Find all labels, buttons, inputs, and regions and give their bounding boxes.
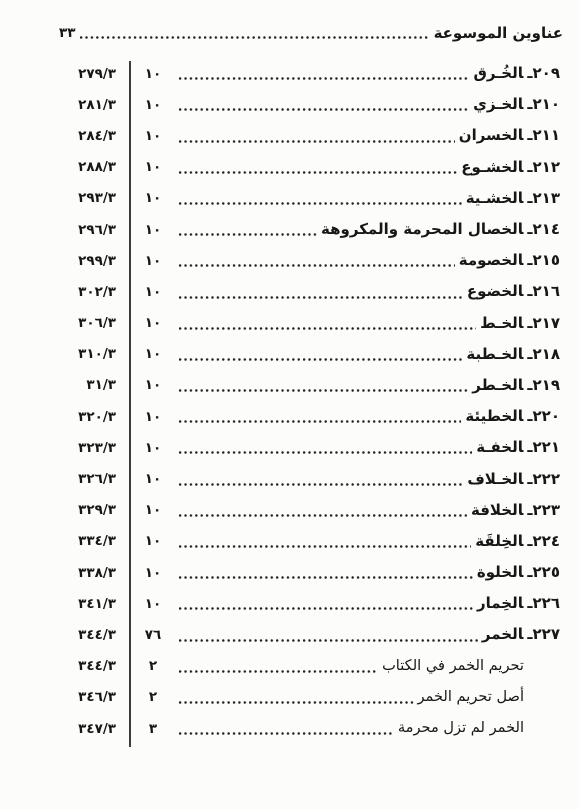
entry-number: ٢١١ـ: [527, 126, 560, 144]
entry-number: ٢٢٤ـ: [527, 532, 560, 550]
toc-page: عناوين الموسوعة ٣٣ ٢٠٩ـالخُـرق ١٠ ٢٧٩/٣ …: [0, 0, 580, 809]
toc-row: ٢١١ـالخسران ١٠ ٢٨٤/٣: [0, 120, 580, 151]
toc-row: ٢٢٦ـالخِمار ١٠ ٣٤١/٣: [0, 588, 580, 619]
header-title: عناوين الموسوعة: [434, 24, 563, 43]
entry-line-count: ١٠: [131, 284, 175, 300]
dot-leader: [179, 77, 469, 80]
dot-leader: [179, 202, 462, 205]
entry-page-ref: ٣٢٣/٣: [55, 440, 131, 456]
entry-line-count: ١٠: [131, 377, 175, 393]
entry-line-count: ٢: [131, 689, 175, 705]
entry-page-ref: ٣٤٤/٣: [55, 658, 131, 674]
entry-title: الخـزي: [473, 95, 523, 113]
dot-leader: [179, 389, 468, 392]
entry-title-cell: ٢٠٩ـالخُـرق: [473, 66, 560, 81]
page-header: عناوين الموسوعة ٣٣: [0, 16, 580, 43]
entry-title: الخصومة: [459, 251, 524, 269]
entry-number: ٢١٣ـ: [527, 189, 560, 207]
entry-line-count: ٧٦: [131, 627, 175, 643]
dot-leader: [179, 670, 378, 673]
entry-number: ٢١٠ـ: [527, 95, 560, 113]
toc-row: ٢١٣ـالخشـية ١٠ ٢٩٣/٣: [0, 183, 580, 214]
toc-row: ٢٢٥ـالخلوة ١٠ ٣٣٨/٣: [0, 557, 580, 588]
entry-line-count: ١٠: [131, 346, 175, 362]
entry-title-cell: ٢٢٤ـالخِلقَة: [475, 534, 560, 549]
entry-number: ٢١٨ـ: [527, 345, 560, 363]
entry-line-count: ١٠: [131, 128, 175, 144]
dot-leader: [179, 296, 463, 299]
toc-row: ٢١٩ـالخـطر ١٠ ٣١/٣: [0, 370, 580, 401]
entry-number: ٢٢٠ـ: [527, 407, 560, 425]
entry-title: الخلافة: [471, 501, 523, 519]
entry-line-count: ١٠: [131, 66, 175, 82]
dot-leader: [179, 483, 463, 486]
entry-title-cell: ٢١٥ـالخصومة: [459, 253, 560, 268]
entry-page-ref: ٢٩٩/٣: [55, 253, 131, 269]
entry-page-ref: ٣٤٤/٣: [55, 627, 131, 643]
entry-title-cell: ٢١١ـالخسران: [459, 128, 560, 143]
entry-title: الخلوة: [477, 563, 523, 581]
entry-title-cell: ٢٢٠ـالخطيئة: [465, 409, 560, 424]
entry-title-cell: ٢٢٧ـالخمر: [482, 627, 560, 642]
entry-page-ref: ٣٠٦/٣: [55, 315, 131, 331]
entry-title-cell: ٢٢٦ـالخِمار: [477, 596, 560, 611]
entry-number: ٢٢٢ـ: [527, 470, 560, 488]
entry-page-ref: ٢٨٤/٣: [55, 128, 131, 144]
entry-title: الخِلقَة: [475, 532, 523, 550]
toc-list: ٢٠٩ـالخُـرق ١٠ ٢٧٩/٣ ٢١٠ـالخـزي ١٠ ٢٨١/٣…: [0, 58, 580, 744]
toc-row: ٢١٨ـالخـطبة ١٠ ٣١٠/٣: [0, 339, 580, 370]
toc-row: ٢١٠ـالخـزي ١٠ ٢٨١/٣: [0, 89, 580, 120]
entry-title-cell: أصل تحريم الخمر: [418, 690, 525, 705]
entry-number: ٢٢٦ـ: [527, 594, 560, 612]
dot-leader: [179, 701, 414, 704]
entry-page-ref: ٣٤٦/٣: [55, 689, 131, 705]
dot-leader: [179, 732, 394, 735]
dot-leader: [179, 639, 478, 642]
entry-page-ref: ٢٨١/٣: [55, 97, 131, 113]
entry-number: ٢١٤ـ: [527, 220, 560, 238]
entry-line-count: ٢: [131, 658, 175, 674]
entry-title-cell: ٢١٦ـالخضوع: [467, 284, 560, 299]
entry-title: الخشـوع: [461, 158, 523, 176]
entry-title-cell: ٢١٣ـالخشـية: [466, 191, 560, 206]
entry-number: ٢٢٥ـ: [527, 563, 560, 581]
entry-title: الخضوع: [467, 282, 524, 300]
entry-line-count: ١٠: [131, 409, 175, 425]
entry-title-cell: ٢٢٣ـالخلافة: [471, 503, 560, 518]
entry-line-count: ١٠: [131, 596, 175, 612]
dot-leader: [179, 607, 473, 610]
entry-page-ref: ٣١/٣: [55, 377, 131, 393]
header-dot-leader: [80, 36, 428, 39]
entry-title-cell: ٢١٠ـالخـزي: [473, 97, 560, 112]
entry-page-ref: ٣٤١/٣: [55, 596, 131, 612]
entry-title: الخفـة: [476, 438, 523, 456]
entry-title: الخطيئة: [465, 407, 523, 425]
entry-title: الخمر: [482, 625, 523, 643]
entry-line-count: ١٠: [131, 97, 175, 113]
entry-title: تحريم الخمر في الكتاب: [382, 657, 524, 674]
entry-number: ٢١٧ـ: [527, 314, 560, 332]
dot-leader: [179, 264, 455, 267]
entry-title-cell: ٢٢٥ـالخلوة: [477, 565, 560, 580]
entry-page-ref: ٣٢٩/٣: [55, 502, 131, 518]
entry-line-count: ١٠: [131, 533, 175, 549]
entry-number: ٢٠٩ـ: [527, 64, 560, 82]
toc-row: ٢٢٠ـالخطيئة ١٠ ٣٢٠/٣: [0, 401, 580, 432]
dot-leader: [179, 576, 473, 579]
entry-title: الخـطبة: [466, 345, 523, 363]
entry-title: الخصال المحرمة والمكروهة: [321, 220, 523, 238]
entry-title: أصل تحريم الخمر: [418, 688, 525, 705]
toc-row: ٢١٥ـالخصومة ١٠ ٢٩٩/٣: [0, 245, 580, 276]
entry-line-count: ١٠: [131, 315, 175, 331]
toc-row: ٢١٤ـالخصال المحرمة والمكروهة ١٠ ٢٩٦/٣: [0, 214, 580, 245]
entry-title: الخـلاف: [467, 470, 523, 488]
entry-title-cell: ٢١٧ـالخـط: [480, 316, 560, 331]
entry-title-cell: الخمر لم تزل محرمة: [398, 721, 524, 736]
entry-title-cell: ٢٢١ـالخفـة: [476, 440, 560, 455]
toc-row: ٢٢٢ـالخـلاف ١٠ ٣٢٦/٣: [0, 463, 580, 494]
entry-number: ٢١٥ـ: [527, 251, 560, 269]
entry-title-cell: ٢١٩ـالخـطر: [472, 378, 560, 393]
entry-line-count: ١٠: [131, 190, 175, 206]
entry-page-ref: ٢٩٦/٣: [55, 222, 131, 238]
entry-page-ref: ٢٨٨/٣: [55, 159, 131, 175]
entry-page-ref: ٣٣٤/٣: [55, 533, 131, 549]
dot-leader: [179, 420, 461, 423]
header-page-number: ٣٣: [57, 25, 75, 43]
toc-row: تحريم الخمر في الكتاب ٢ ٣٤٤/٣: [0, 651, 580, 682]
toc-row: ٢٢١ـالخفـة ١٠ ٣٢٣/٣: [0, 432, 580, 463]
entry-number: ٢١٦ـ: [527, 282, 560, 300]
entry-page-ref: ٣٢٦/٣: [55, 471, 131, 487]
entry-title-cell: ٢١٢ـالخشـوع: [461, 160, 560, 175]
entry-title: الخمر لم تزل محرمة: [398, 719, 524, 736]
toc-row: ٢٠٩ـالخُـرق ١٠ ٢٧٩/٣: [0, 58, 580, 89]
toc-row: ٢٢٣ـالخلافة ١٠ ٣٢٩/٣: [0, 495, 580, 526]
entry-page-ref: ٣١٠/٣: [55, 346, 131, 362]
dot-leader: [179, 327, 476, 330]
entry-line-count: ١٠: [131, 565, 175, 581]
entry-title: الخـط: [480, 314, 523, 332]
dot-leader: [179, 358, 462, 361]
dot-leader: [179, 514, 467, 517]
toc-row: ٢١٢ـالخشـوع ١٠ ٢٨٨/٣: [0, 152, 580, 183]
entry-line-count: ١٠: [131, 222, 175, 238]
entry-title: الخِمار: [477, 594, 523, 612]
entry-number: ٢٢٧ـ: [527, 625, 560, 643]
dot-leader: [179, 545, 471, 548]
entry-title: الخسران: [459, 126, 524, 144]
toc-row: الخمر لم تزل محرمة ٣ ٣٤٧/٣: [0, 713, 580, 744]
entry-number: ٢١٢ـ: [527, 158, 560, 176]
entry-page-ref: ٢٩٣/٣: [55, 190, 131, 206]
entry-page-ref: ٣٤٧/٣: [55, 721, 131, 737]
entry-page-ref: ٣٣٨/٣: [55, 565, 131, 581]
entry-title-cell: تحريم الخمر في الكتاب: [382, 659, 524, 674]
toc-row: ٢١٦ـالخضوع ١٠ ٣٠٢/٣: [0, 276, 580, 307]
dot-leader: [179, 233, 317, 236]
entry-number: ٢١٩ـ: [527, 376, 560, 394]
entry-line-count: ١٠: [131, 159, 175, 175]
entry-line-count: ١٠: [131, 253, 175, 269]
entry-page-ref: ٣٠٢/٣: [55, 284, 131, 300]
entry-line-count: ١٠: [131, 471, 175, 487]
entry-line-count: ١٠: [131, 502, 175, 518]
entry-title: الخُـرق: [473, 64, 523, 82]
entry-title-cell: ٢٢٢ـالخـلاف: [467, 472, 560, 487]
entry-line-count: ٣: [131, 721, 175, 737]
dot-leader: [179, 108, 469, 111]
entry-title-cell: ٢١٤ـالخصال المحرمة والمكروهة: [321, 222, 560, 237]
entry-page-ref: ٣٢٠/٣: [55, 409, 131, 425]
toc-row: ٢٢٤ـالخِلقَة ١٠ ٣٣٤/٣: [0, 526, 580, 557]
entry-page-ref: ٢٧٩/٣: [55, 66, 131, 82]
entry-title-cell: ٢١٨ـالخـطبة: [466, 347, 560, 362]
dot-leader: [179, 451, 472, 454]
dot-leader: [179, 140, 455, 143]
entry-number: ٢٢١ـ: [527, 438, 560, 456]
dot-leader: [179, 171, 457, 174]
entry-title: الخشـية: [466, 189, 524, 207]
toc-row: ٢١٧ـالخـط ١٠ ٣٠٦/٣: [0, 308, 580, 339]
toc-row: أصل تحريم الخمر ٢ ٣٤٦/٣: [0, 682, 580, 713]
entry-title: الخـطر: [472, 376, 523, 394]
toc-row: ٢٢٧ـالخمر ٧٦ ٣٤٤/٣: [0, 619, 580, 650]
entry-number: ٢٢٣ـ: [527, 501, 560, 519]
entry-line-count: ١٠: [131, 440, 175, 456]
